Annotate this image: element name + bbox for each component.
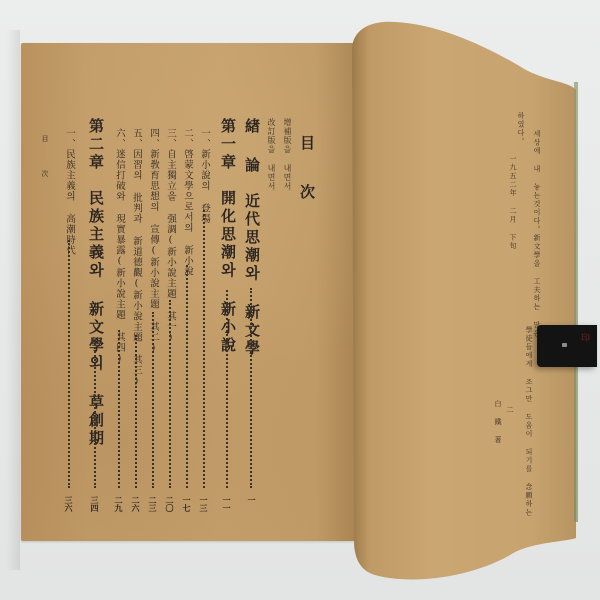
dot-leader <box>203 210 205 488</box>
preface-page-marker: 二 <box>505 406 515 415</box>
dot-leader <box>226 290 228 488</box>
page-number: 一一 <box>222 496 233 512</box>
preface-line: 學徒들에게 조그만 도움이 되기를 念願하는 <box>524 326 534 517</box>
toc-note-enlarged-edition: 增補版을 내면서 <box>282 118 293 191</box>
book-clip: 印 <box>537 325 597 367</box>
right-page-preface <box>350 10 580 580</box>
curled-page-shape <box>350 10 580 580</box>
toc-intro: 緖 論 近代思潮와 新文學 <box>242 118 263 358</box>
clip-stamp-mark: 印 <box>578 333 591 342</box>
book-spine-shadow <box>6 30 20 570</box>
page-number: 二〇 <box>165 496 176 512</box>
toc-title: 目次 <box>297 135 318 233</box>
page-number: 一 <box>247 496 258 504</box>
dot-leader <box>135 335 137 488</box>
clip-hole <box>562 343 567 347</box>
page-number: 一三 <box>199 496 210 512</box>
page-number: 二九 <box>114 496 125 512</box>
dot-leader <box>186 265 188 488</box>
dot-leader <box>250 288 252 488</box>
dot-leader <box>169 300 171 488</box>
preface-date: 一九五二年 二月 下旬 <box>508 155 518 251</box>
page-number: 二三 <box>148 496 159 512</box>
left-page-table-of-contents <box>21 43 356 541</box>
page-number: 三六 <box>64 496 75 512</box>
toc-chapter-1: 第一章 開化思潮와 新小說 <box>218 118 239 355</box>
preface-author: 白 鐵 著 <box>493 400 503 445</box>
preface-line: 하였다。 <box>516 112 526 146</box>
dot-leader <box>118 330 120 488</box>
page-edge <box>574 82 578 522</box>
page-number: 一七 <box>182 496 193 512</box>
page-number: 二六 <box>131 496 142 512</box>
preface-line: 세상에 내 놓는것이다。新文學을 工夫하는 많은 <box>532 130 542 338</box>
toc-section: 二、啓蒙文學으로서의 新小說 <box>180 128 194 277</box>
dot-leader <box>94 340 96 488</box>
toc-note-revised-edition: 改訂版을 내면서 <box>266 118 277 191</box>
page-number: 三四 <box>90 496 101 512</box>
dot-leader <box>152 312 154 488</box>
dot-leader <box>68 240 70 488</box>
running-head: 目次 <box>40 135 50 205</box>
toc-section: 一、民族主義의 高潮時代 <box>62 128 76 256</box>
toc-chapter-2: 第二章 民族主義와 新文學의 草創期 <box>86 118 107 448</box>
